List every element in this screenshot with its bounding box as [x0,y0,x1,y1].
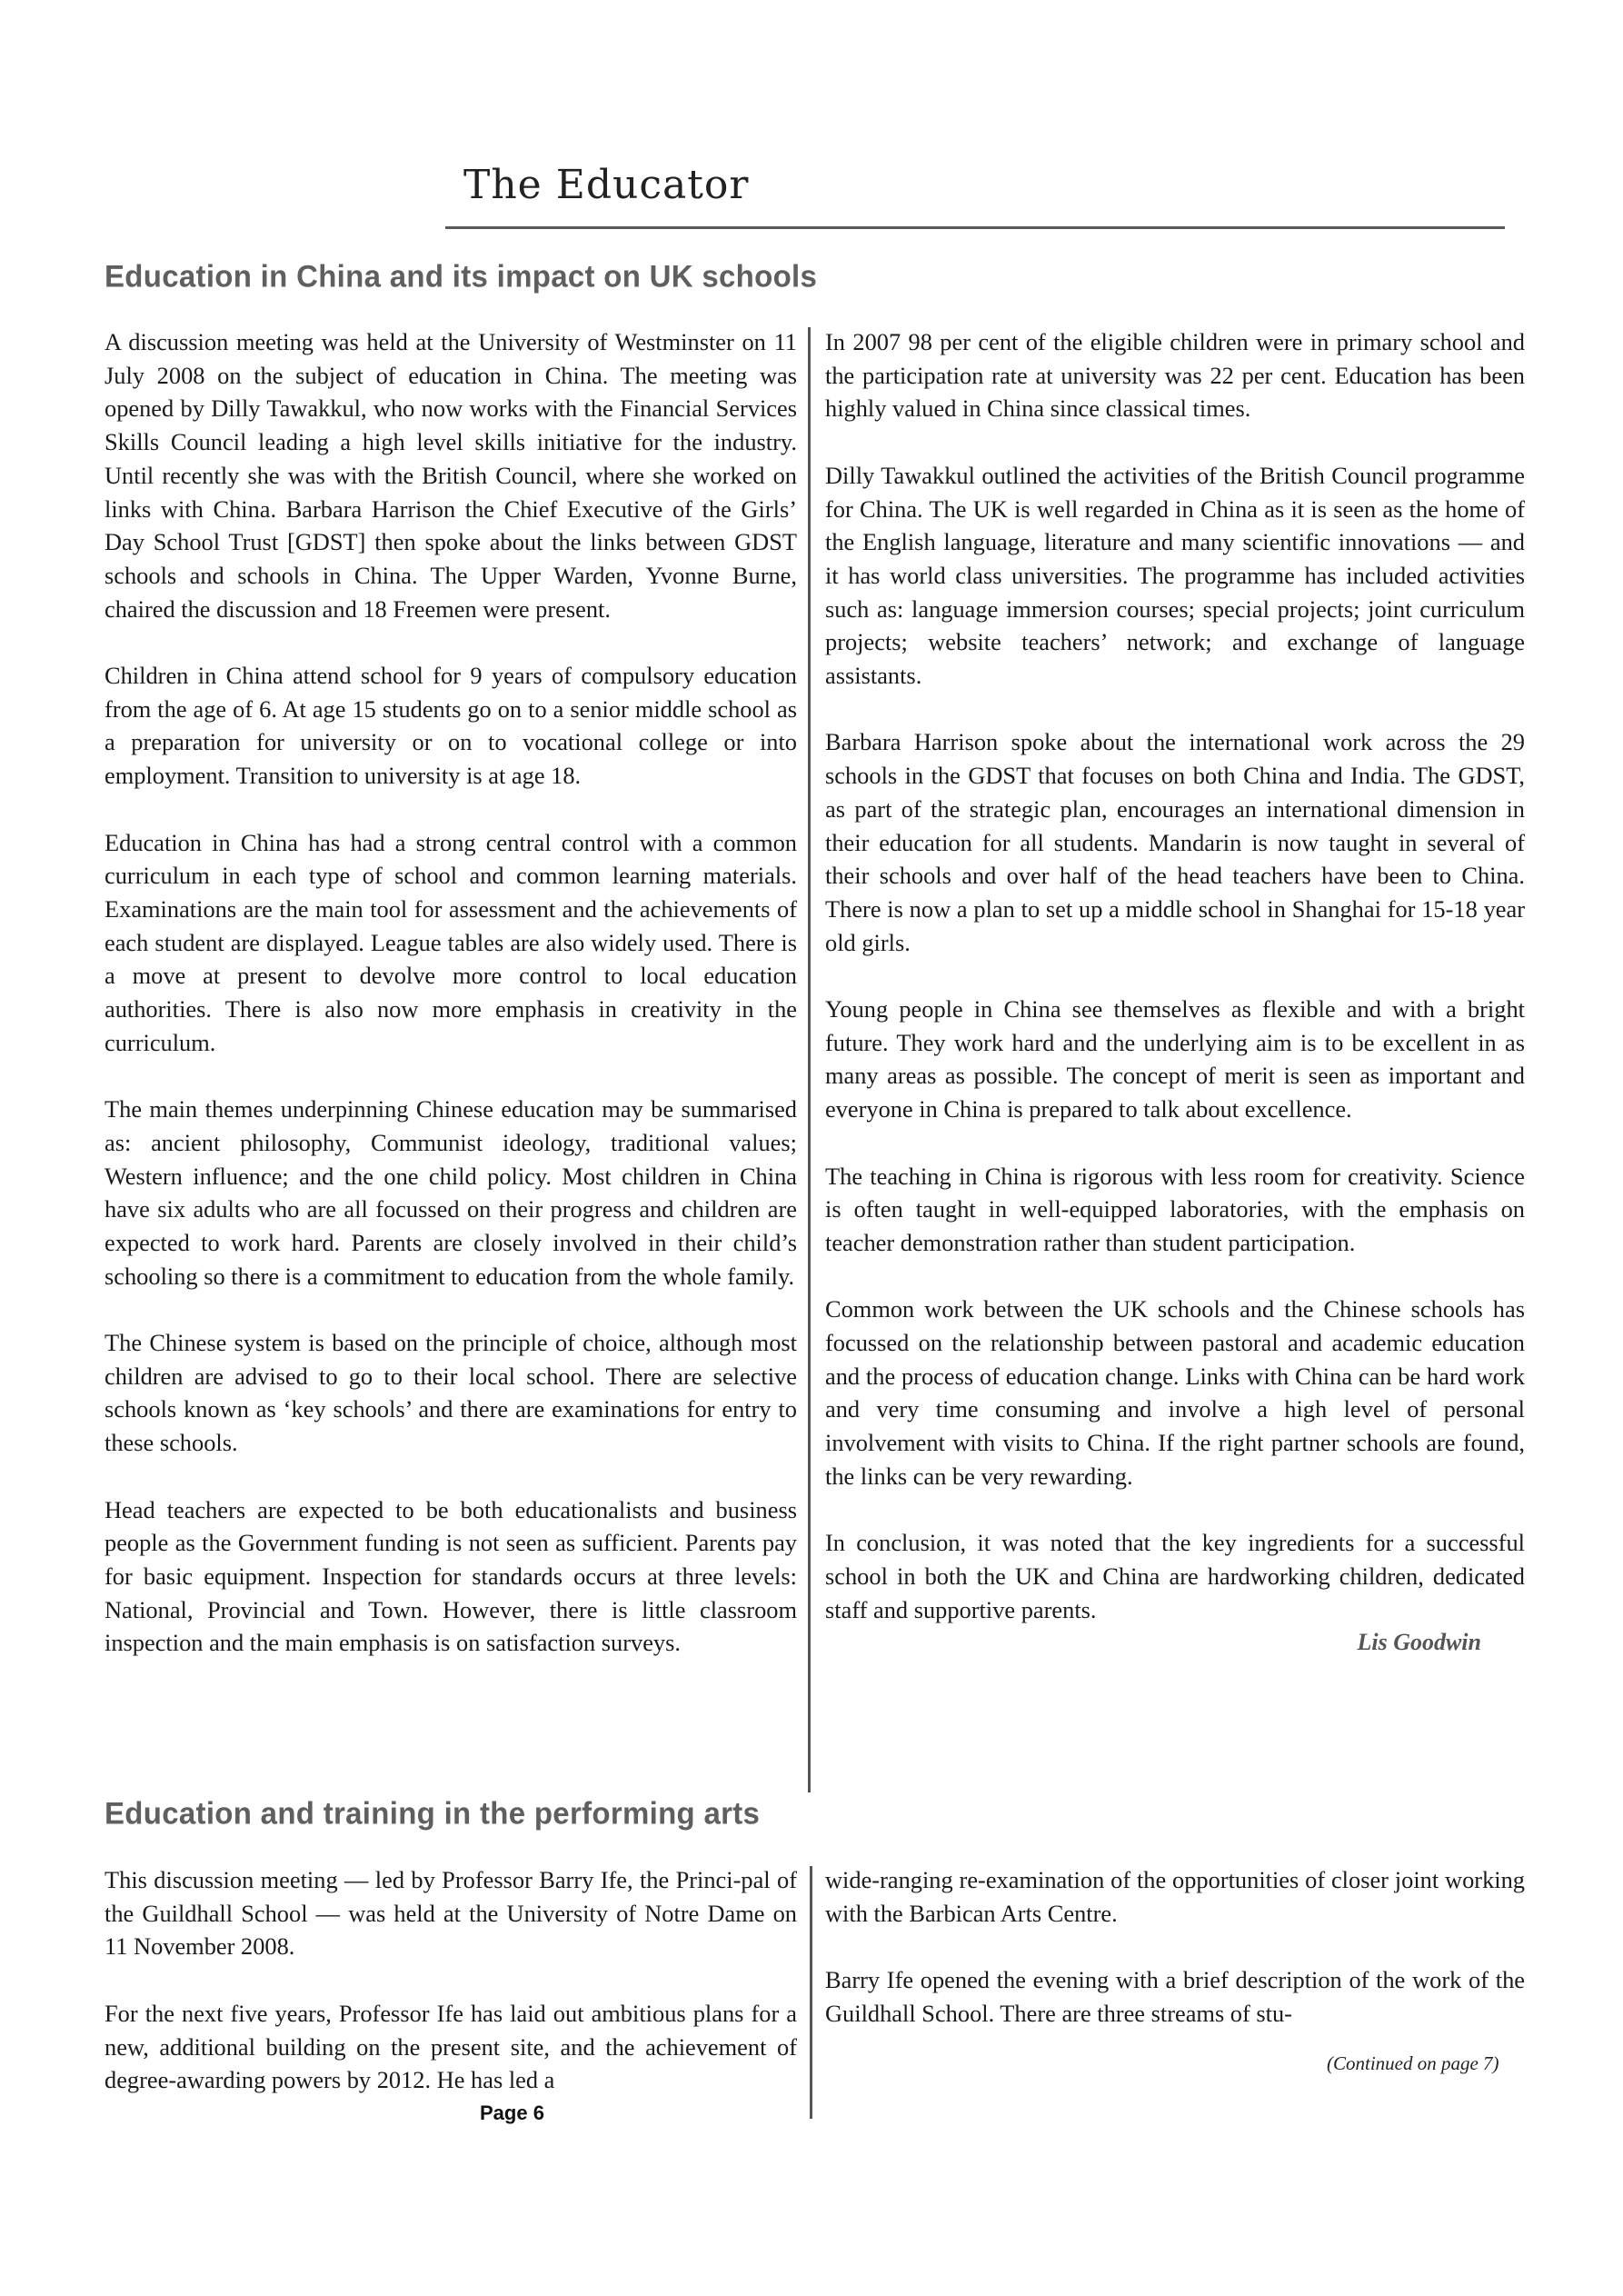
column-divider [810,1866,812,2119]
paragraph: Young people in China see themselves as … [825,993,1525,1126]
paragraph: Dilly Tawakkul outlined the activities o… [825,459,1525,693]
paragraph: The main themes underpinning Chinese edu… [105,1093,797,1293]
paragraph: Education in China has had a strong cent… [105,826,797,1060]
continued-note: (Continued on page 7) [1327,2052,1499,2075]
paragraph: Head teachers are expected to be both ed… [105,1493,797,1661]
masthead-title: The Educator [463,162,749,208]
article2-right-column: wide-ranging re-examination of the oppor… [825,1863,1525,2031]
author-signature: Lis Goodwin [825,1626,1525,1660]
column-divider [808,327,811,1792]
paragraph: Children in China attend school for 9 ye… [105,659,797,793]
paragraph: This discussion meeting — led by Profess… [105,1863,797,1963]
article-heading-china: Education in China and its impact on UK … [105,258,817,294]
article-heading-performing-arts: Education and training in the performing… [105,1795,760,1832]
paragraph: The teaching in China is rigorous with l… [825,1160,1525,1260]
paragraph: Common work between the UK schools and t… [825,1293,1525,1492]
article1-right-column: In 2007 98 per cent of the eligible chil… [825,325,1525,1660]
paragraph: For the next five years, Professor Ife h… [105,1997,797,2097]
paragraph: The Chinese system is based on the princ… [105,1326,797,1460]
article2-left-column: This discussion meeting — led by Profess… [105,1863,797,2097]
paragraph: wide-ranging re-examination of the oppor… [825,1863,1525,1930]
paragraph: Barry Ife opened the evening with a brie… [825,1963,1525,2030]
paragraph: In conclusion, it was noted that the key… [825,1526,1525,1626]
paragraph: Barbara Harrison spoke about the interna… [825,725,1525,959]
paragraph: A discussion meeting was held at the Uni… [105,325,797,625]
article1-left-column: A discussion meeting was held at the Uni… [105,325,797,1660]
masthead-rule [445,226,1505,229]
page-number: Page 6 [480,2101,544,2125]
paragraph: In 2007 98 per cent of the eligible chil… [825,325,1525,425]
